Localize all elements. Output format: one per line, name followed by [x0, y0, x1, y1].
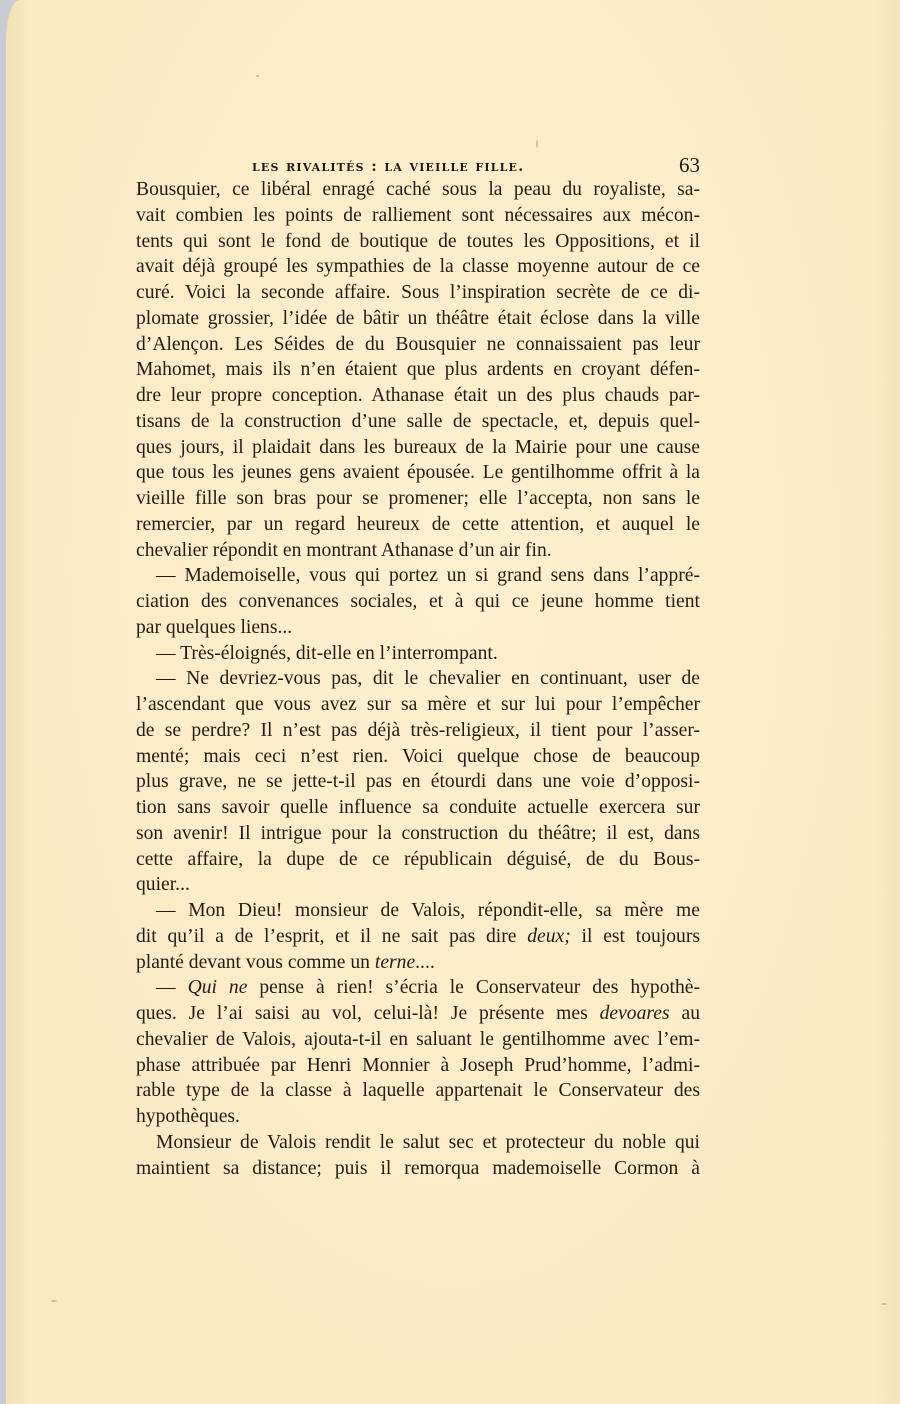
italic-text: Qui ne — [188, 977, 248, 998]
text-line: dre leur propre conception. Athanase éta… — [136, 383, 700, 409]
text-line: tisans de la construction d’une salle de… — [136, 409, 700, 435]
text-segment: — — [156, 977, 188, 998]
text-line: par quelques liens... — [136, 615, 700, 641]
text-line: remercier, par un regard heureux de cett… — [136, 512, 700, 538]
text-line: Bousquier, ce libéral enragé caché sous … — [136, 177, 700, 203]
italic-text: devoares — [600, 1003, 670, 1024]
italic-text: deux; — [527, 926, 571, 947]
text-segment: ques. Je l’ai saisi au vol, celui-là! Je… — [136, 1003, 600, 1024]
text-line: ques. Je l’ai saisi au vol, celui-là! Je… — [136, 1001, 700, 1027]
text-segment: planté devant vous comme un — [136, 952, 375, 973]
text-line: ciation des convenances sociales, et à q… — [136, 589, 700, 615]
text-line: — Mademoiselle, vous qui portez un si gr… — [136, 563, 700, 589]
text-line: tion sans savoir quelle influence sa con… — [136, 795, 700, 821]
text-line: vait combien les points de ralliement so… — [136, 203, 700, 229]
text-line: son avenir! Il intrigue pour la construc… — [136, 821, 700, 847]
text-line: tents qui sont le fond de boutique de to… — [136, 229, 700, 255]
book-page: LES RIVALITÉS : LA VIEILLE FILLE. 63 Bou… — [6, 0, 900, 1404]
text-line: planté devant vous comme un terne.... — [136, 950, 700, 976]
text-line: Monsieur de Valois rendit le salut sec e… — [136, 1130, 700, 1156]
paper-speck — [881, 1303, 887, 1305]
text-line: vieille fille son bras pour se promener;… — [136, 486, 700, 512]
paper-speck — [51, 1300, 57, 1302]
text-segment: au — [670, 1003, 700, 1024]
italic-text: terne — [375, 952, 415, 973]
text-line: dit qu’il a de l’esprit, et il ne sait p… — [136, 924, 700, 950]
text-line: Mahomet, mais ils n’en étaient que plus … — [136, 357, 700, 383]
text-line: que tous les jeunes gens avaient épousée… — [136, 460, 700, 486]
text-line: menté; mais ceci n’est rien. Voici quelq… — [136, 744, 700, 770]
text-line: d’Alençon. Les Séides de du Bousquier ne… — [136, 332, 700, 358]
text-segment: .... — [415, 952, 435, 973]
text-line: — Mon Dieu! monsieur de Valois, répondit… — [136, 898, 700, 924]
text-line: de se perdre? Il n’est pas déjà très-rel… — [136, 718, 700, 744]
text-line: quier... — [136, 872, 700, 898]
text-line: rable type de la classe à laquelle appar… — [136, 1078, 700, 1104]
text-line: plus grave, ne se jette-t-il pas en étou… — [136, 769, 700, 795]
text-line: l’ascendant que vous avez sur sa mère et… — [136, 692, 700, 718]
running-title: LES RIVALITÉS : LA VIEILLE FILLE. — [252, 157, 525, 175]
paper-speck — [536, 140, 538, 148]
text-segment: dit qu’il a de l’esprit, et il ne sait p… — [136, 926, 527, 947]
text-line: plomate grossier, l’idée de bâtir un thé… — [136, 306, 700, 332]
text-segment: pense à rien! s’écria le Conservateur de… — [247, 977, 700, 998]
paper-speck — [256, 75, 259, 77]
text-line: avait déjà groupé les sympathies de la c… — [136, 254, 700, 280]
text-line: — Ne devriez-vous pas, dit le chevalier … — [136, 666, 700, 692]
text-line: maintient sa distance; puis il remorqua … — [136, 1156, 700, 1182]
text-line: ques jours, il plaidait dans les bureaux… — [136, 435, 700, 461]
text-line: chevalier répondit en montrant Athanase … — [136, 538, 700, 564]
text-line: — Qui ne pense à rien! s’écria le Conser… — [136, 975, 700, 1001]
text-line: cette affaire, la dupe de ce républicain… — [136, 847, 700, 873]
text-line: chevalier de Valois, ajouta-t-il en salu… — [136, 1027, 700, 1053]
text-line: phase attribuée par Henri Monnier à Jose… — [136, 1053, 700, 1079]
text-line: hypothèques. — [136, 1104, 700, 1130]
text-line: — Très-éloignés, dit-elle en l’interromp… — [136, 641, 700, 667]
text-segment: il est toujours — [571, 926, 700, 947]
page-number: 63 — [679, 153, 700, 178]
text-line: curé. Voici la seconde affaire. Sous l’i… — [136, 280, 700, 306]
body-text: Bousquier, ce libéral enragé caché sous … — [136, 177, 700, 1181]
